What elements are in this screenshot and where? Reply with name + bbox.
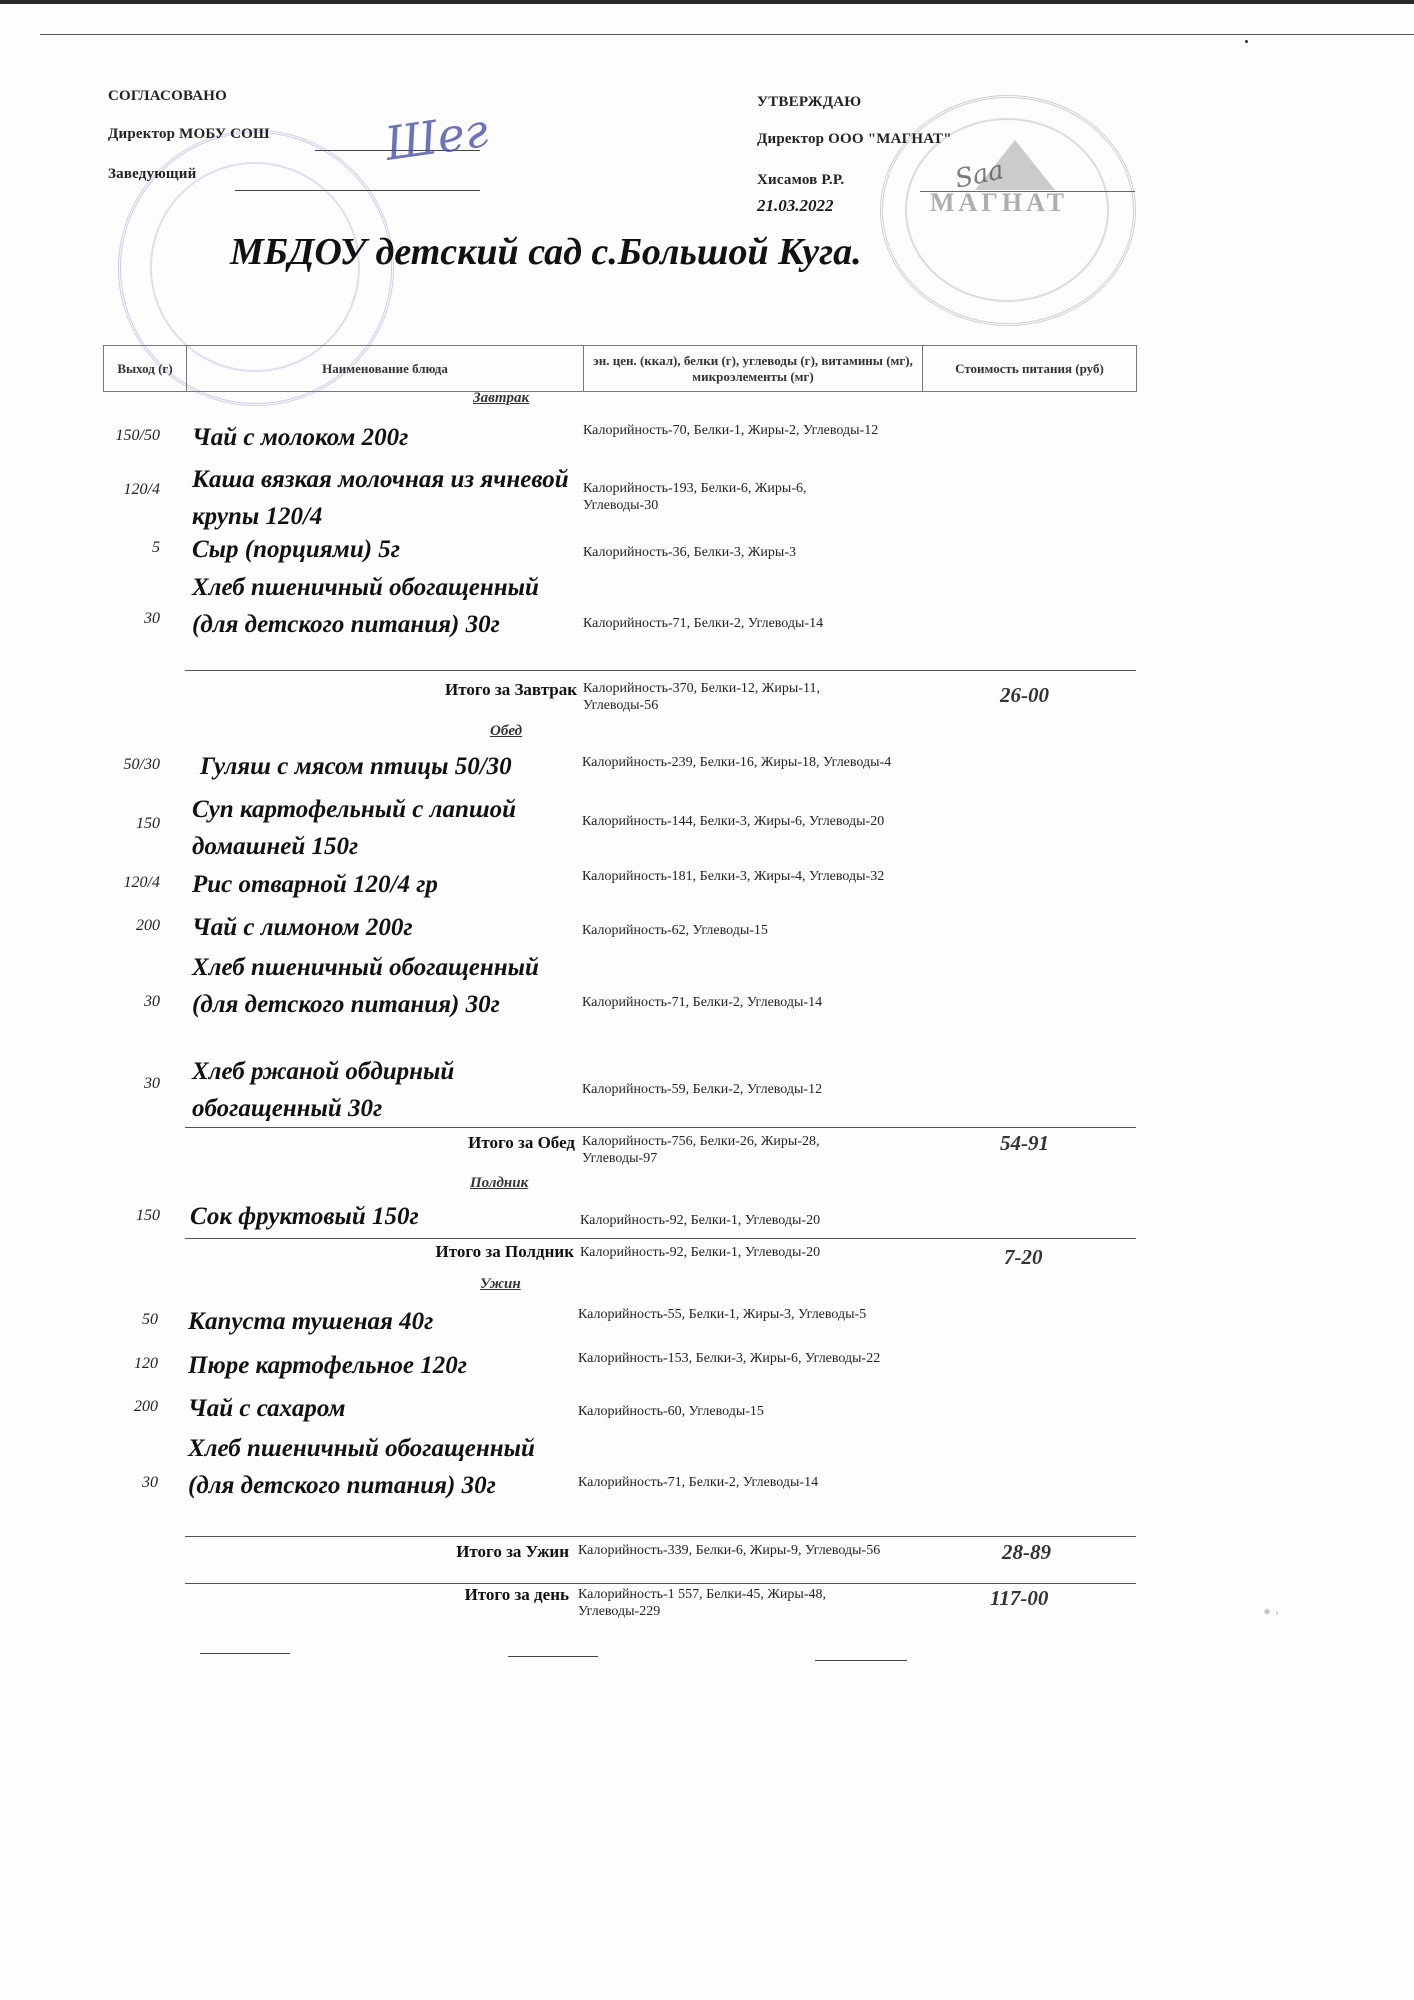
scan-top-edge [0, 0, 1414, 4]
approval-right-position: Директор ООО "МАГНАТ" [757, 131, 952, 148]
item-dish: Сыр (порциями) 5г [192, 531, 572, 568]
section-cost: 54-91 [1000, 1131, 1049, 1156]
approval-left-position: Директор МОБУ СОШ [108, 126, 270, 143]
item-yield: 200 [90, 917, 160, 935]
section-total-nutrition: Калорийность-756, Белки-26, Жиры-28, Угл… [582, 1133, 892, 1167]
handwritten-signature-left: Шег [382, 103, 491, 171]
item-nutrition: Калорийность-62, Углеводы-15 [582, 922, 892, 939]
item-nutrition: Калорийность-92, Белки-1, Углеводы-20 [580, 1212, 900, 1229]
section-total-label: Итого за Обед [175, 1133, 575, 1153]
scan-top-rule [40, 34, 1414, 35]
item-nutrition: Калорийность-55, Белки-1, Жиры-3, Углево… [578, 1306, 888, 1323]
item-yield: 120 [88, 1355, 158, 1373]
item-dish: Чай с лимоном 200г [192, 909, 572, 946]
section-total-nutrition: Калорийность-370, Белки-12, Жиры-11, Угл… [583, 680, 893, 714]
item-nutrition: Калорийность-36, Белки-3, Жиры-3 [583, 544, 883, 561]
day-total-label: Итого за день [169, 1585, 569, 1605]
menu-table-header: Выход (г) Наименование блюда эн. цен. (к… [103, 345, 1137, 392]
approval-right-name: Хисамов Р.Р. [757, 172, 844, 189]
section-total-nutrition: Калорийность-339, Белки-6, Жиры-9, Углев… [578, 1542, 888, 1559]
section-total-nutrition: Калорийность-92, Белки-1, Углеводы-20 [580, 1244, 900, 1261]
page-title: МБДОУ детский сад с.Большой Куга. [230, 230, 862, 274]
section-divider [185, 1127, 1136, 1128]
approval-left-role: Заведующий [108, 166, 196, 183]
item-nutrition: Калорийность-60, Углеводы-15 [578, 1403, 888, 1420]
section-title-snack: Полдник [470, 1175, 528, 1192]
item-yield: 150 [90, 1207, 160, 1225]
item-nutrition: Калорийность-193, Белки-6, Жиры-6, Углев… [583, 480, 883, 514]
item-yield: 150/50 [90, 427, 160, 445]
item-yield: 120/4 [90, 481, 160, 499]
section-cost: 26-00 [1000, 683, 1049, 708]
scan-mark: ⁕ › [1262, 1605, 1279, 1620]
section-title-dinner: Ужин [480, 1276, 521, 1293]
item-nutrition: Калорийность-71, Белки-2, Углеводы-14 [582, 994, 902, 1011]
item-nutrition: Калорийность-239, Белки-16, Жиры-18, Угл… [582, 754, 892, 771]
day-total-divider [185, 1583, 1136, 1584]
section-total-label: Итого за Ужин [169, 1542, 569, 1562]
scan-speck [1245, 40, 1248, 43]
section-divider [185, 670, 1136, 671]
day-total-nutrition: Калорийность-1 557, Белки-45, Жиры-48, У… [578, 1586, 898, 1620]
bottom-signature-line [200, 1653, 290, 1654]
item-dish: Рис отварной 120/4 гр [192, 866, 572, 903]
bottom-signature-line [815, 1660, 907, 1661]
col-header-nutrition: эн. цен. (ккал), белки (г), углеводы (г)… [584, 346, 923, 392]
signature-line-head [235, 190, 480, 191]
approval-date: 21.03.2022 [757, 196, 834, 216]
item-dish: Чай с сахаром [188, 1390, 568, 1427]
col-header-yield: Выход (г) [104, 346, 187, 392]
section-title-lunch: Обед [490, 723, 522, 740]
signature-line-right [920, 191, 1135, 192]
item-yield: 30 [90, 993, 160, 1011]
item-yield: 150 [90, 815, 160, 833]
item-dish: Капуста тушеная 40г [188, 1303, 568, 1340]
item-dish: Чай с молоком 200г [192, 419, 572, 456]
stamp-right-label: МАГНАТ [930, 188, 1068, 218]
col-header-dish: Наименование блюда [187, 346, 584, 392]
item-dish: Гуляш с мясом птицы 50/30 [200, 748, 580, 785]
section-divider [185, 1536, 1136, 1537]
item-dish: Хлеб пшеничный обогащенный (для детского… [188, 1430, 558, 1504]
item-nutrition: Калорийность-181, Белки-3, Жиры-4, Углев… [582, 868, 892, 885]
section-title-breakfast: Завтрак [473, 390, 529, 407]
section-divider [185, 1238, 1136, 1239]
item-yield: 50/30 [90, 756, 160, 774]
section-cost: 28-89 [1002, 1540, 1051, 1565]
item-yield: 50 [88, 1311, 158, 1329]
item-yield: 5 [90, 539, 160, 557]
item-dish: Сок фруктовый 150г [190, 1198, 570, 1235]
item-nutrition: Калорийность-70, Белки-1, Жиры-2, Углево… [583, 422, 883, 439]
bottom-signature-line [508, 1656, 598, 1657]
item-yield: 30 [88, 1474, 158, 1492]
item-yield: 120/4 [90, 874, 160, 892]
section-total-label: Итого за Полдник [174, 1242, 574, 1262]
item-nutrition: Калорийность-59, Белки-2, Углеводы-12 [582, 1081, 902, 1098]
col-header-cost: Стоимость питания (руб) [923, 346, 1137, 392]
item-dish: Хлеб ржаной обдирный обогащенный 30г [192, 1053, 522, 1127]
section-cost: 7-20 [1004, 1245, 1043, 1270]
item-dish: Каша вязкая молочная из ячневой крупы 12… [192, 461, 572, 535]
approval-right-heading: УТВЕРЖДАЮ [757, 94, 861, 111]
day-total-cost: 117-00 [990, 1586, 1048, 1611]
item-nutrition: Калорийность-71, Белки-2, Углеводы-14 [578, 1474, 898, 1491]
item-nutrition: Калорийность-153, Белки-3, Жиры-6, Углев… [578, 1350, 888, 1367]
section-total-label: Итого за Завтрак [177, 680, 577, 700]
item-yield: 200 [88, 1398, 158, 1416]
item-dish: Хлеб пшеничный обогащенный (для детского… [192, 949, 562, 1023]
item-dish: Пюре картофельное 120г [188, 1347, 568, 1384]
item-dish: Суп картофельный с лапшой домашней 150г [192, 791, 582, 865]
item-nutrition: Калорийность-71, Белки-2, Углеводы-14 [583, 615, 903, 632]
item-yield: 30 [90, 610, 160, 628]
item-yield: 30 [90, 1075, 160, 1093]
item-nutrition: Калорийность-144, Белки-3, Жиры-6, Углев… [582, 813, 892, 830]
approval-left-heading: СОГЛАСОВАНО [108, 88, 227, 105]
item-dish: Хлеб пшеничный обогащенный (для детского… [192, 569, 562, 643]
